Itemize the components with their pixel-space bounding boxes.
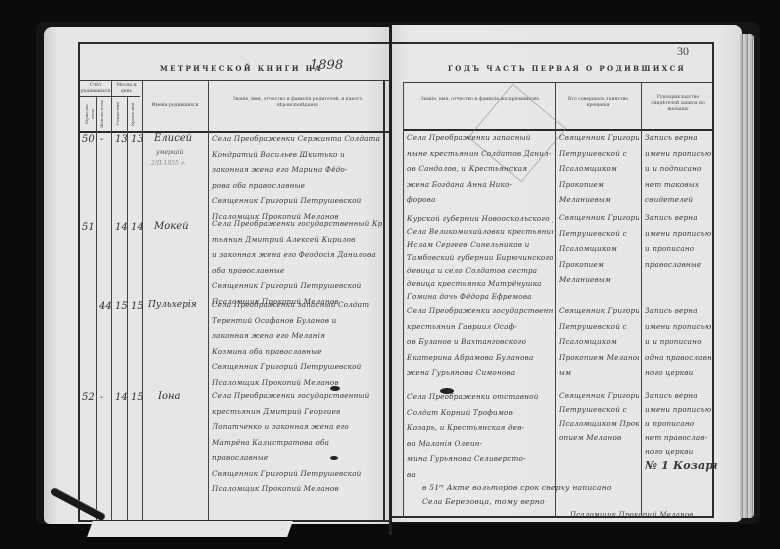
page-edges — [740, 34, 754, 518]
col-head-birth-count: Счёт родившихся — [80, 83, 111, 95]
header-top-rule — [403, 82, 713, 83]
col-head-performed-by: Кто совершалъ таинство крещенія — [558, 97, 638, 109]
left-page-heading: Метрической книги на — [160, 64, 323, 73]
col-divider — [383, 80, 385, 520]
ink-blot — [330, 456, 338, 460]
col-divider — [96, 96, 97, 520]
col-head-signatures: Рукоприкладство свидѣтелей записи по жел… — [644, 95, 712, 113]
page-number: 30 — [677, 44, 689, 59]
row1-signatures: Запись верна имени прописью и и подписан… — [645, 130, 711, 208]
right-page-heading: Годъ часть первая о родившихся — [448, 64, 686, 73]
col-head-female: Женска пола — [99, 100, 105, 128]
row4-parents: Села Преображенки государственный кресть… — [212, 388, 382, 497]
row2-godparents: Курской губернии Новооскольского уезда С… — [407, 212, 553, 303]
row1-male-no: 50 — [82, 134, 95, 145]
col-head-child-name: Имена родившихся — [144, 103, 206, 109]
loose-sheet — [87, 521, 293, 537]
year-handwritten: 1898 — [310, 58, 343, 73]
col-head-male: Мужеска пола — [84, 100, 96, 128]
row3-godparents: Села Преображенки государственный кресть… — [407, 303, 553, 381]
row4-performed-by: Священник Григорий Петрушевской с Псалом… — [559, 389, 639, 445]
row1-name-note: умершій — [156, 149, 183, 156]
row2-performed-by: Священник Григорий Петрушевской с Псалом… — [559, 210, 639, 288]
row4-birth-day: 14 — [115, 392, 128, 403]
row1-female-no: - — [100, 134, 103, 145]
header-top-rule — [80, 80, 390, 81]
row3-birth-day: 15 — [115, 301, 128, 312]
row4-baptism-day: 15 — [131, 392, 144, 403]
row1-child-name: Елисей — [154, 133, 192, 144]
row1-godparents: Села Преображенки запасный ныне крестьян… — [407, 130, 553, 208]
col-head-parents: Званіе, имя, отчество и фамилія родителе… — [220, 97, 375, 109]
row4-signatures: Запись верна имени прописью и прописано … — [645, 389, 717, 473]
row1-performed-by: Священник Григорий Петрушевской с Псалом… — [559, 130, 639, 208]
header-subgroup-rule — [80, 96, 140, 97]
col-divider — [111, 80, 112, 520]
row3-performed-by: Священник Григорий Петрушевской с Псалом… — [559, 303, 639, 381]
row1-baptism-day: 13 — [131, 134, 144, 145]
row2-child-name: Мокей — [154, 221, 189, 232]
row3-signatures: Запись верна имени прописью и и прописан… — [645, 303, 711, 381]
row4-male-no: 52 — [82, 392, 95, 403]
row2-baptism-day: 14 — [131, 222, 144, 233]
col-divider — [208, 80, 209, 520]
row3-female-no: 44 — [99, 301, 112, 312]
row2-signatures: Запись верна имени прописью и прописано … — [645, 210, 711, 272]
ink-blot — [330, 386, 340, 391]
row1-birth-day: 13 — [115, 134, 128, 145]
footnote: в 51ᵐ Актe вольторов срок сверху написан… — [422, 481, 652, 509]
row2-birth-day: 14 — [115, 222, 128, 233]
col-divider — [403, 82, 404, 518]
row3-baptism-day: 15 — [131, 301, 144, 312]
row4-female-no: - — [100, 392, 103, 403]
col-head-birth-day: Рожде-ния — [115, 100, 121, 128]
row4-godparents: Села Преображенки отставной Солдат Корни… — [407, 389, 553, 482]
footnote-signature: Псаломщик Прокопий Меланов — [570, 510, 720, 520]
col-divider — [641, 82, 642, 518]
row2-parents: Села Преображенки государственный Крес- … — [212, 216, 382, 309]
col-divider — [142, 80, 143, 520]
row2-male-no: 51 — [82, 222, 95, 233]
row3-parents: Села Преображенки запасный Солдат Терент… — [212, 297, 382, 390]
row3-child-name: Пульхерія — [148, 300, 197, 310]
col-divider — [555, 82, 556, 518]
row4-child-name: Іона — [158, 391, 181, 402]
col-head-month-day: Месяц и день — [111, 83, 142, 95]
row1-parents: Села Преображенки Сержанта Солдата Кондр… — [212, 131, 382, 224]
row1-name-note-date: 2/II-1955 г. — [151, 160, 186, 167]
col-head-baptism-day: Креще-ния — [130, 100, 136, 128]
